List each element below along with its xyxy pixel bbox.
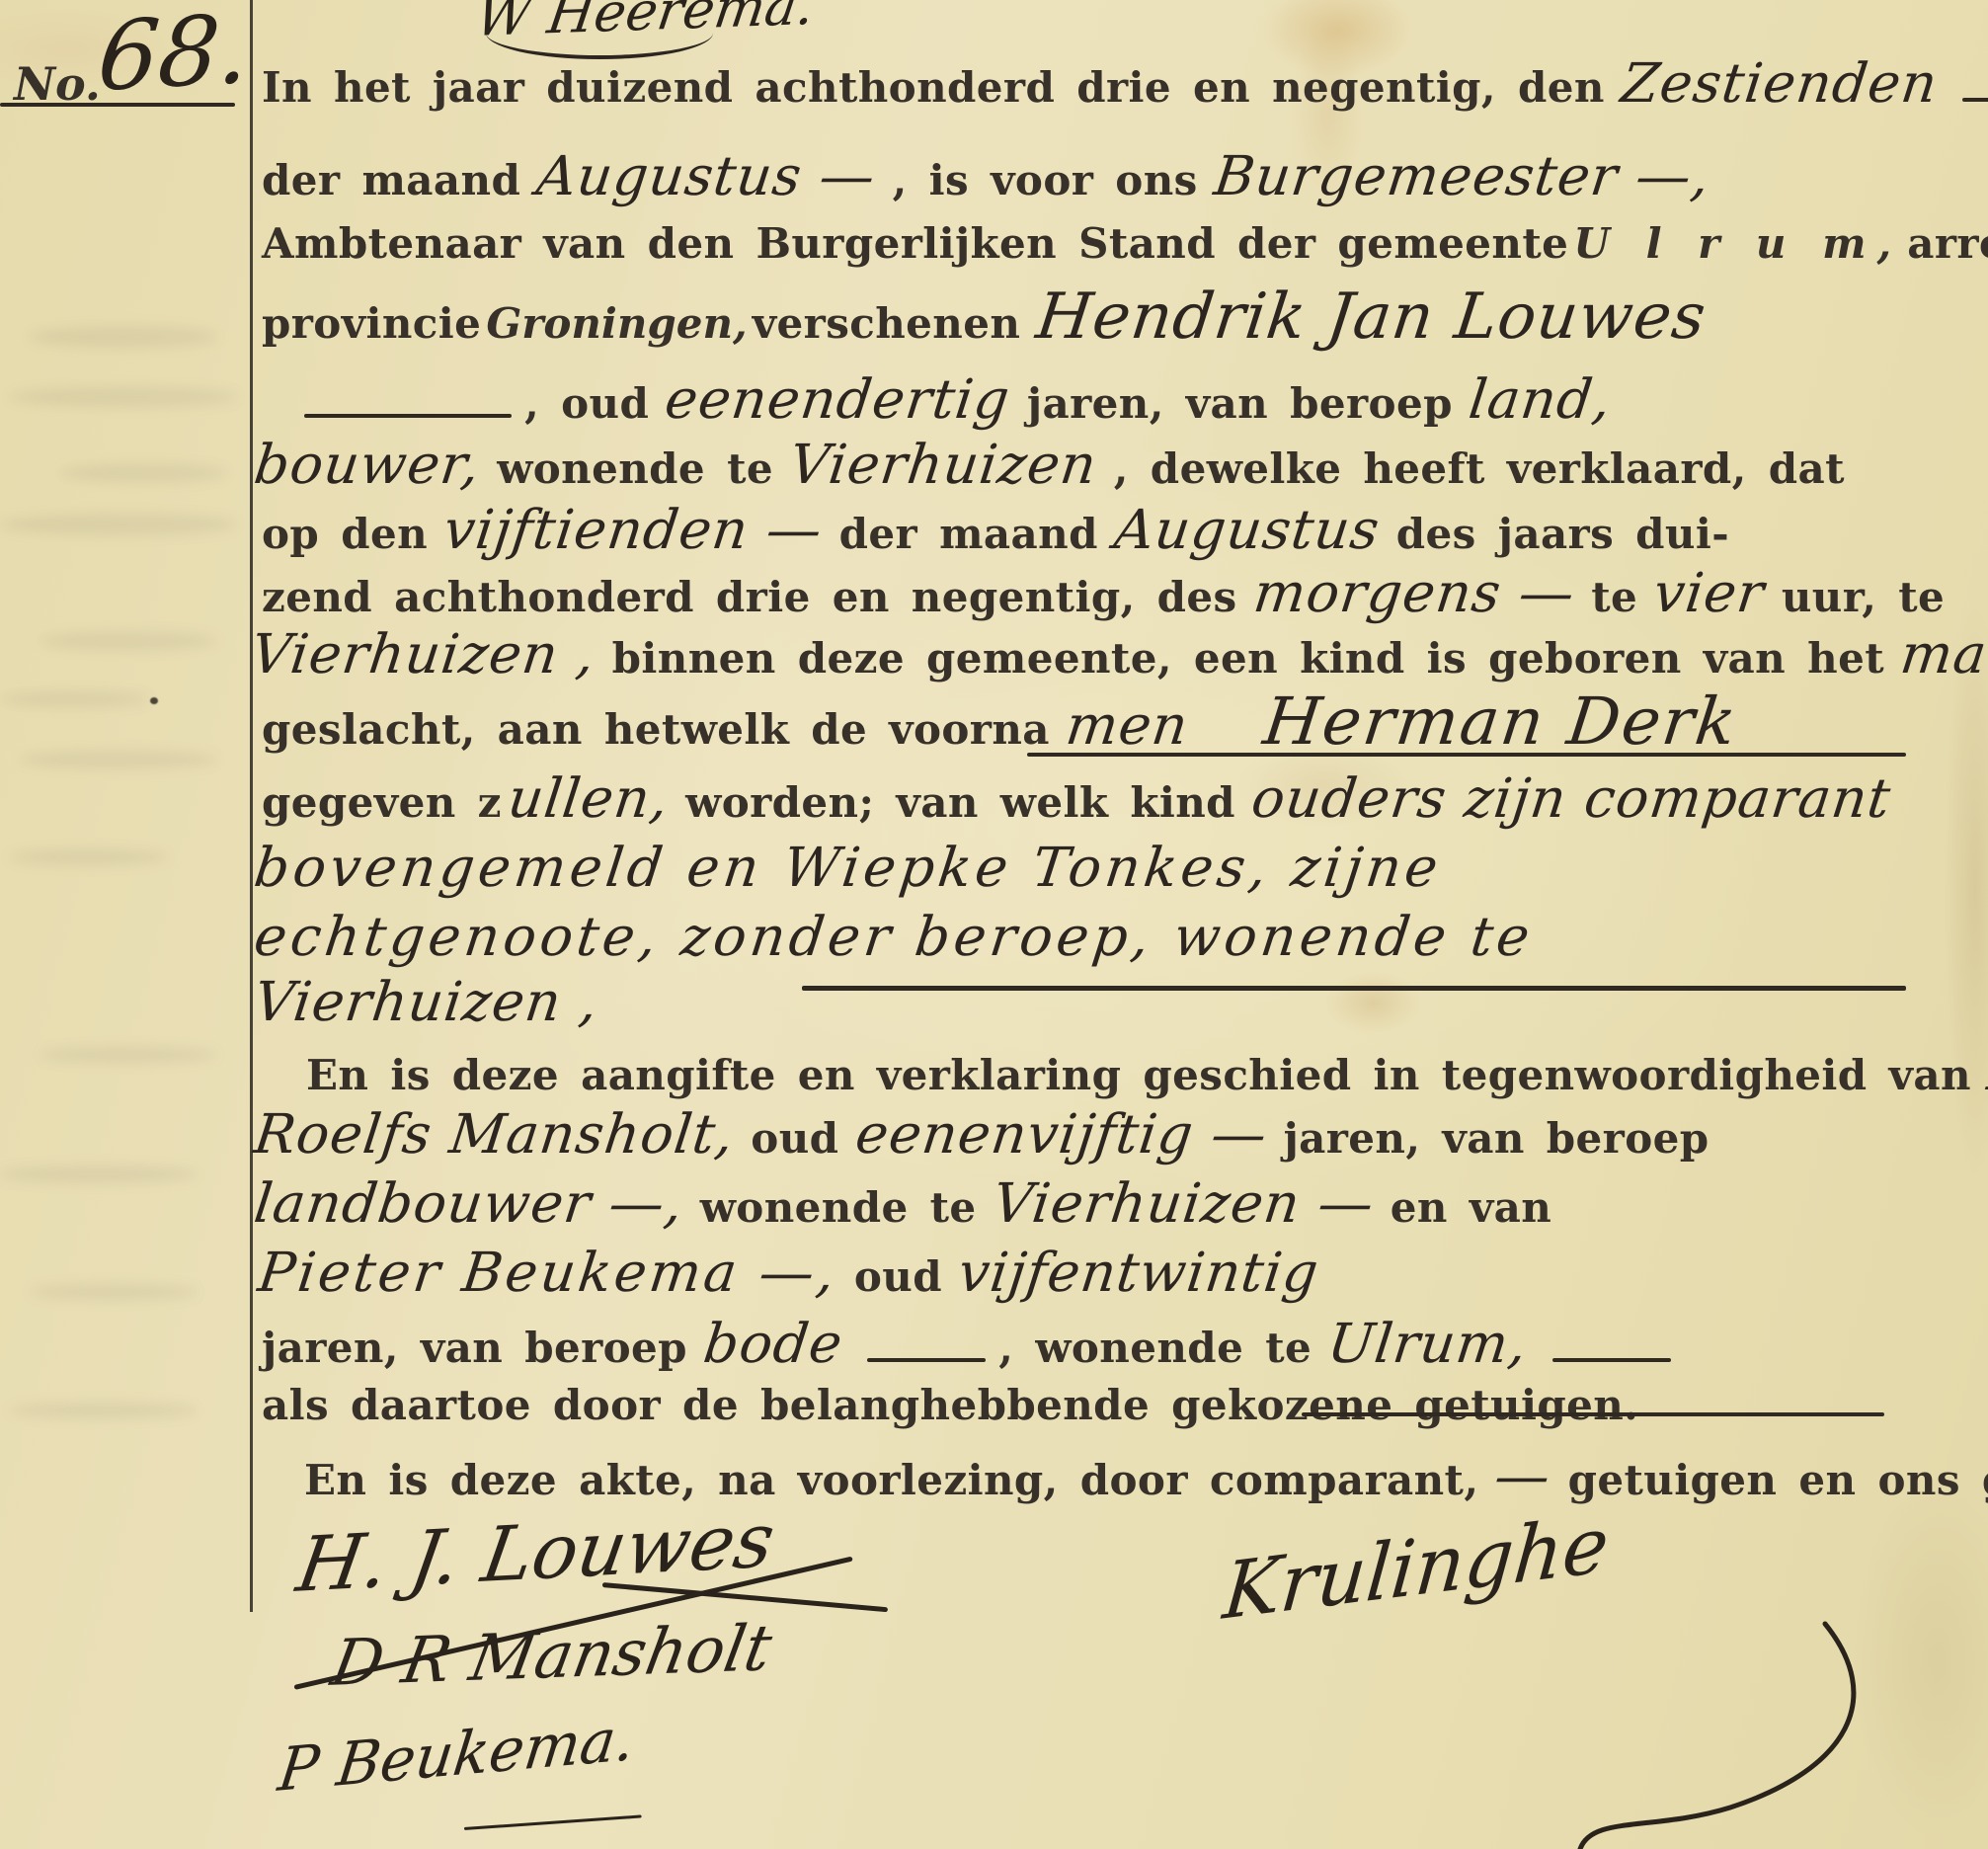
bleedthrough-smudge	[0, 691, 148, 707]
mother-occupation-entry: echtgenoote, zonder beroep, wonende te	[251, 905, 1537, 968]
witness2-residence-entry: Ulrum,	[1324, 1312, 1531, 1375]
printed-text: oud	[751, 1114, 838, 1163]
registrar-signature: Krulinghe	[1220, 1500, 1612, 1638]
province-name: Groningen,	[486, 299, 747, 348]
voornamen-suffix-entry: men	[1063, 693, 1192, 757]
blank-rule	[304, 414, 512, 418]
act-line-8: zend achthonderd drie en negentig, des m…	[262, 561, 1945, 624]
parents-clause-entry: ouders zijn comparant	[1248, 766, 1894, 830]
bleedthrough-smudge	[10, 387, 237, 407]
act-line-10: geslacht, aan hetwelk de voorna men Herm…	[262, 683, 1749, 760]
printed-text: jaren, van beroep	[1027, 379, 1453, 428]
registrar-title-entry: Burgemeester —,	[1211, 144, 1713, 207]
act-line-6: bouwer, wonende te Vierhuizen , dewelke …	[255, 433, 1845, 496]
bleedthrough-smudge	[30, 326, 217, 348]
witness1-residence-entry: Vierhuizen —	[990, 1171, 1378, 1235]
child-gender-entry: mannelijk	[1897, 622, 1988, 685]
printed-text: getuigen en ons geteekend.	[1568, 1456, 1988, 1504]
printed-text: als daartoe door de belanghebbende gekoz…	[262, 1381, 1638, 1429]
act-line-4: provincie Groningen, verschenen Hendrik …	[262, 281, 1718, 354]
act-line-19: jaren, van beroep bode , wonende te Ulru…	[262, 1312, 1679, 1375]
printed-text: geslacht, aan hetwelk de voorna	[262, 705, 1050, 754]
printed-text: des jaars dui-	[1396, 510, 1729, 558]
act-number-underline	[0, 103, 235, 107]
witness2-occupation-entry: bode	[700, 1312, 846, 1375]
witness2-age-entry: vijfentwintig	[955, 1241, 1322, 1304]
act-line-1: In het jaar duizend achthonderd drie en …	[262, 51, 1988, 115]
blank-rule	[1962, 98, 1988, 102]
blank-rule	[1552, 1358, 1671, 1362]
printed-text: En is deze aangifte en verklaring geschi…	[306, 1051, 1971, 1099]
printed-text: jaren, van beroep	[262, 1324, 687, 1372]
birth-registration-day-entry: Zestienden	[1618, 51, 1942, 115]
act-line-7: op den vijftienden — der maand Augustus …	[262, 498, 1729, 561]
declarant-residence-entry: Vierhuizen	[786, 433, 1100, 496]
birth-day-entry: vijftienden —	[440, 498, 826, 561]
bleedthrough-smudge	[59, 464, 227, 482]
printed-text: uur, te	[1782, 573, 1945, 621]
printed-text: te	[1591, 573, 1637, 621]
declarant-name-entry: Hendrik Jan Louwes	[1033, 281, 1710, 354]
printed-text: oud	[854, 1252, 942, 1301]
bleedthrough-smudge	[10, 849, 168, 865]
registrar-signature-tail	[1432, 1620, 1886, 1849]
printed-text: worden; van welk kind	[685, 778, 1235, 827]
bleedthrough-smudge	[0, 514, 237, 535]
signature-flourish	[464, 1814, 642, 1830]
witnesses-closing-rule	[1302, 1412, 1884, 1416]
printed-text: provincie	[262, 299, 481, 348]
birth-place-entry: Vierhuizen ,	[248, 622, 598, 685]
act-line-17: landbouwer —, wonende te Vierhuizen — en…	[255, 1171, 1551, 1235]
mother-name-entry: bovengemeld en Wiepke Tonkes, zijne	[251, 836, 1445, 899]
birth-daypart-entry: morgens —	[1250, 561, 1578, 624]
act-line-13: echtgenoote, zonder beroep, wonende te	[255, 905, 1545, 968]
bleedthrough-smudge	[40, 1047, 217, 1063]
printed-text: In het jaar duizend achthonderd drie en …	[262, 63, 1605, 112]
printed-text: der maand	[839, 510, 1098, 558]
bleedthrough-smudge	[40, 632, 217, 650]
printed-text: en van	[1391, 1183, 1551, 1232]
act-line-18: Pieter Beukema —, oud vijfentwintig	[259, 1241, 1330, 1304]
printed-text: , oud	[524, 379, 649, 428]
printed-text: , dewelke heeft verklaard, dat	[1114, 444, 1845, 493]
printed-text: op den	[262, 510, 428, 558]
child-name-underline	[1027, 753, 1906, 757]
municipality-name: U l r u m,	[1573, 219, 1902, 268]
act-number-value: 68.	[94, 0, 254, 113]
printed-text: , is voor ons	[893, 156, 1198, 204]
printed-text: Ambtenaar van den Burgerlijken Stand der…	[262, 219, 1568, 268]
declarant-occupation-entry-part1: land,	[1466, 367, 1615, 431]
bleedthrough-smudge	[20, 751, 217, 768]
act-line-16: Roelfs Mansholt, oud eenenvijftig — jare…	[255, 1102, 1710, 1166]
witness2-name-entry: Pieter Beukema —,	[255, 1241, 841, 1304]
margin-divider-rule	[250, 0, 253, 1612]
act-line-15: En is deze aangifte en verklaring geschi…	[306, 1039, 1988, 1102]
bleedthrough-smudge	[0, 1166, 198, 1183]
printed-text: wonende te	[497, 444, 773, 493]
printed-text: jaren, van beroep	[1284, 1114, 1710, 1163]
bleedthrough-smudge	[30, 1284, 198, 1300]
declarant-occupation-entry-part2: bouwer,	[251, 433, 484, 496]
act-line-21: En is deze akte, na voorlezing, door com…	[304, 1444, 1988, 1507]
printed-text: der maand	[262, 156, 520, 204]
witness2-signature: P Beukema.	[275, 1704, 639, 1806]
registration-month-entry: Augustus —	[533, 144, 879, 207]
zullen-entry: ullen,	[505, 766, 673, 830]
act-line-14: Vierhuizen ,	[255, 970, 610, 1033]
act-line-2: der maand Augustus — , is voor ons Burge…	[262, 144, 1721, 207]
bleedthrough-smudge	[10, 1403, 198, 1418]
printed-text: arrondissement en	[1907, 219, 1988, 268]
act-line-9: Vierhuizen , binnen deze gemeente, een k…	[252, 622, 1988, 685]
act-line-3: Ambtenaar van den Burgerlijken Stand der…	[262, 219, 1988, 268]
ink-speck	[150, 697, 158, 704]
printed-text: , wonende te	[998, 1324, 1312, 1372]
act-line-5: , oud eenendertig jaren, van beroep land…	[296, 367, 1623, 431]
witness1-surname-entry: Roelfs Mansholt,	[251, 1102, 738, 1166]
act-line-11: gegeven z ullen, worden; van welk kind o…	[262, 766, 1903, 830]
inserted-dash: —	[1492, 1444, 1555, 1507]
declarant-age-entry: eenendertig	[662, 367, 1013, 431]
printed-text: verschenen	[753, 299, 1021, 348]
child-name-entry: Herman Derk	[1259, 683, 1742, 760]
printed-text: gegeven z	[262, 778, 502, 827]
blank-rule	[867, 1358, 986, 1362]
act-line-20: als daartoe door de belanghebbende gekoz…	[262, 1381, 1638, 1429]
parents-residence-entry: Vierhuizen ,	[251, 970, 601, 1033]
act-line-12: bovengemeld en Wiepke Tonkes, zijne	[255, 836, 1453, 899]
witness1-age-entry: eenenvijftig —	[852, 1102, 1271, 1166]
birth-hour-entry: vier	[1650, 561, 1768, 624]
printed-text: binnen deze gemeente, een kind is gebore…	[612, 634, 1884, 683]
printed-text: En is deze akte, na voorlezing, door com…	[304, 1456, 1478, 1504]
witness1-occupation-entry: landbouwer —,	[251, 1171, 686, 1235]
closing-rule	[802, 986, 1906, 991]
printed-text: zend achthonderd drie en negentig, des	[262, 573, 1237, 621]
birth-month-entry: Augustus	[1111, 498, 1384, 561]
birth-certificate-scan: No. 68. W Heerema. In het jaar duizend a…	[0, 0, 1988, 1849]
printed-text: wonende te	[700, 1183, 977, 1232]
witness1-firstname-entry: Derk	[1984, 1039, 1988, 1102]
